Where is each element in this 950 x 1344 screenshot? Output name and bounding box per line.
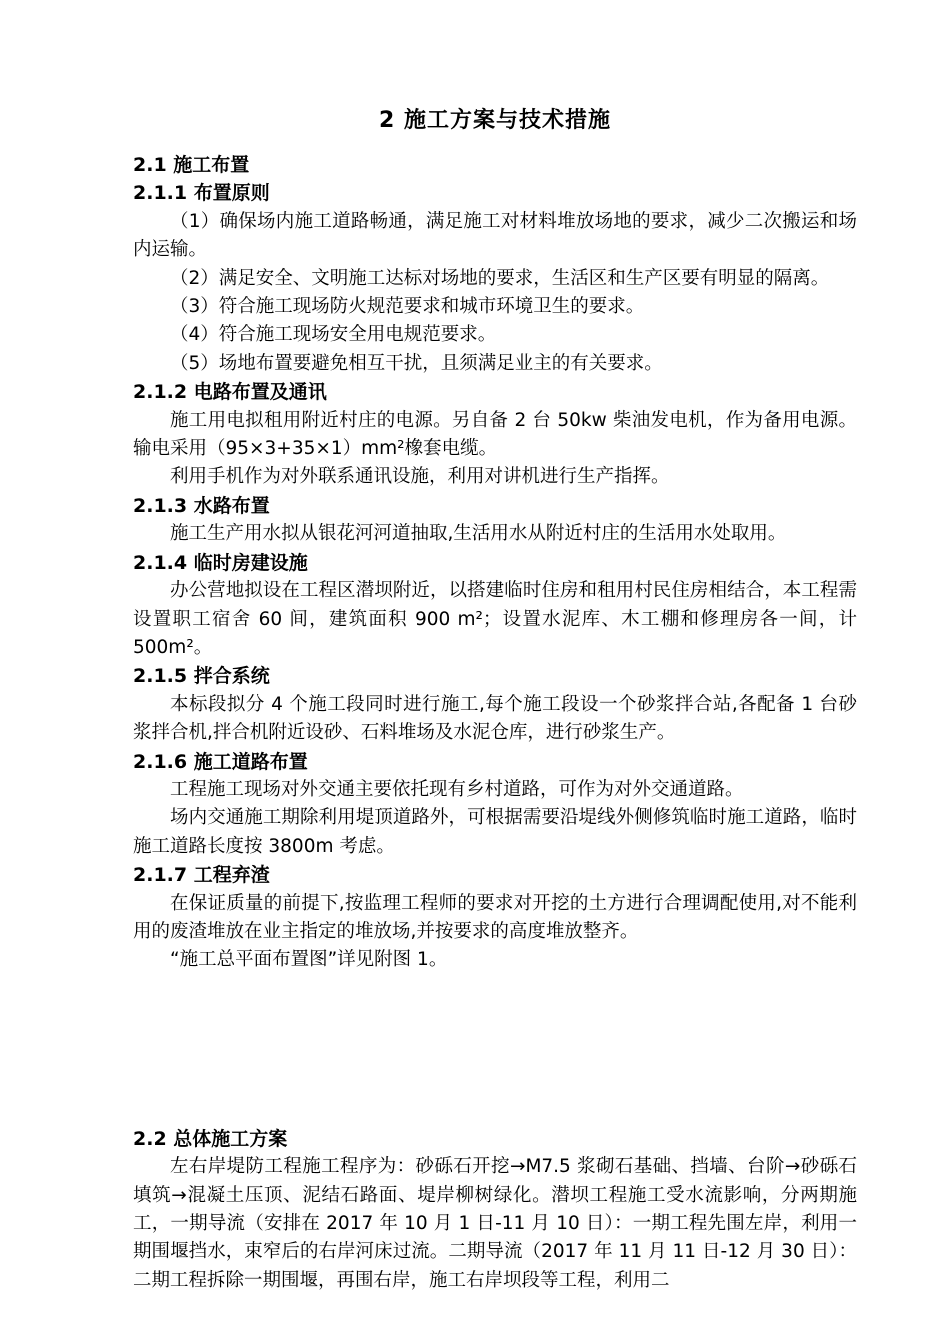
paragraph: 办公营地拟设在工程区潜坝附近，以搭建临时住房和租用村民住房相结合，本工程需设置职… [133, 577, 857, 662]
paragraph: 施工生产用水拟从银花河河道抽取,生活用水从附近村庄的生活用水处取用。 [133, 520, 857, 548]
page-title: 2 施工方案与技术措施 [133, 104, 857, 138]
paragraph: 工程施工现场对外交通主要依托现有乡村道路，可作为对外交通道路。 [133, 776, 857, 804]
subsection-heading: 2.1.5 拌合系统 [133, 662, 857, 690]
list-item: （3）符合施工现场防火规范要求和城市环境卫生的要求。 [133, 293, 857, 321]
paragraph: 施工用电拟租用附近村庄的电源。另自备 2 台 50kw 柴油发电机，作为备用电源… [133, 407, 857, 464]
list-item: （4）符合施工现场安全用电规范要求。 [133, 321, 857, 349]
section-heading: 2.2 总体施工方案 [133, 1125, 857, 1153]
paragraph: “施工总平面布置图”详见附图 1。 [133, 946, 857, 974]
list-item: （2）满足安全、文明施工达标对场地的要求，生活区和生产区要有明显的隔离。 [133, 265, 857, 293]
subsection-heading: 2.1.2 电路布置及通讯 [133, 378, 857, 406]
list-item: （1）确保场内施工道路畅通，满足施工对材料堆放场地的要求，减少二次搬运和场内运输… [133, 208, 857, 265]
section-heading: 2.1 施工布置 [133, 151, 857, 179]
subsection-heading: 2.1.3 水路布置 [133, 492, 857, 520]
document-body: 2.1 施工布置2.1.1 布置原则（1）确保场内施工道路畅通，满足施工对材料堆… [133, 151, 857, 1295]
document-page: 2 施工方案与技术措施 2.1 施工布置2.1.1 布置原则（1）确保场内施工道… [0, 0, 950, 1344]
subsection-heading: 2.1.7 工程弃渣 [133, 861, 857, 889]
subsection-heading: 2.1.1 布置原则 [133, 179, 857, 207]
paragraph: 利用手机作为对外联系通讯设施，利用对讲机进行生产指挥。 [133, 463, 857, 491]
subsection-heading: 2.1.6 施工道路布置 [133, 748, 857, 776]
document-content: 2 施工方案与技术措施 2.1 施工布置2.1.1 布置原则（1）确保场内施工道… [133, 104, 857, 1295]
subsection-heading: 2.1.4 临时房建设施 [133, 549, 857, 577]
paragraph: 在保证质量的前提下,按监理工程师的要求对开挖的土方进行合理调配使用,对不能利用的… [133, 890, 857, 947]
list-item: （5）场地布置要避免相互干扰，且须满足业主的有关要求。 [133, 350, 857, 378]
paragraph: 场内交通施工期除利用堤顶道路外，可根据需要沿堤线外侧修筑临时施工道路，临时施工道… [133, 804, 857, 861]
paragraph: 本标段拟分 4 个施工段同时进行施工,每个施工段设一个砂浆拌合站,各配备 1 台… [133, 691, 857, 748]
vertical-spacer [133, 975, 857, 1125]
paragraph: 左右岸堤防工程施工程序为：砂砾石开挖→M7.5 浆砌石基础、挡墙、台阶→砂砾石填… [133, 1153, 857, 1295]
